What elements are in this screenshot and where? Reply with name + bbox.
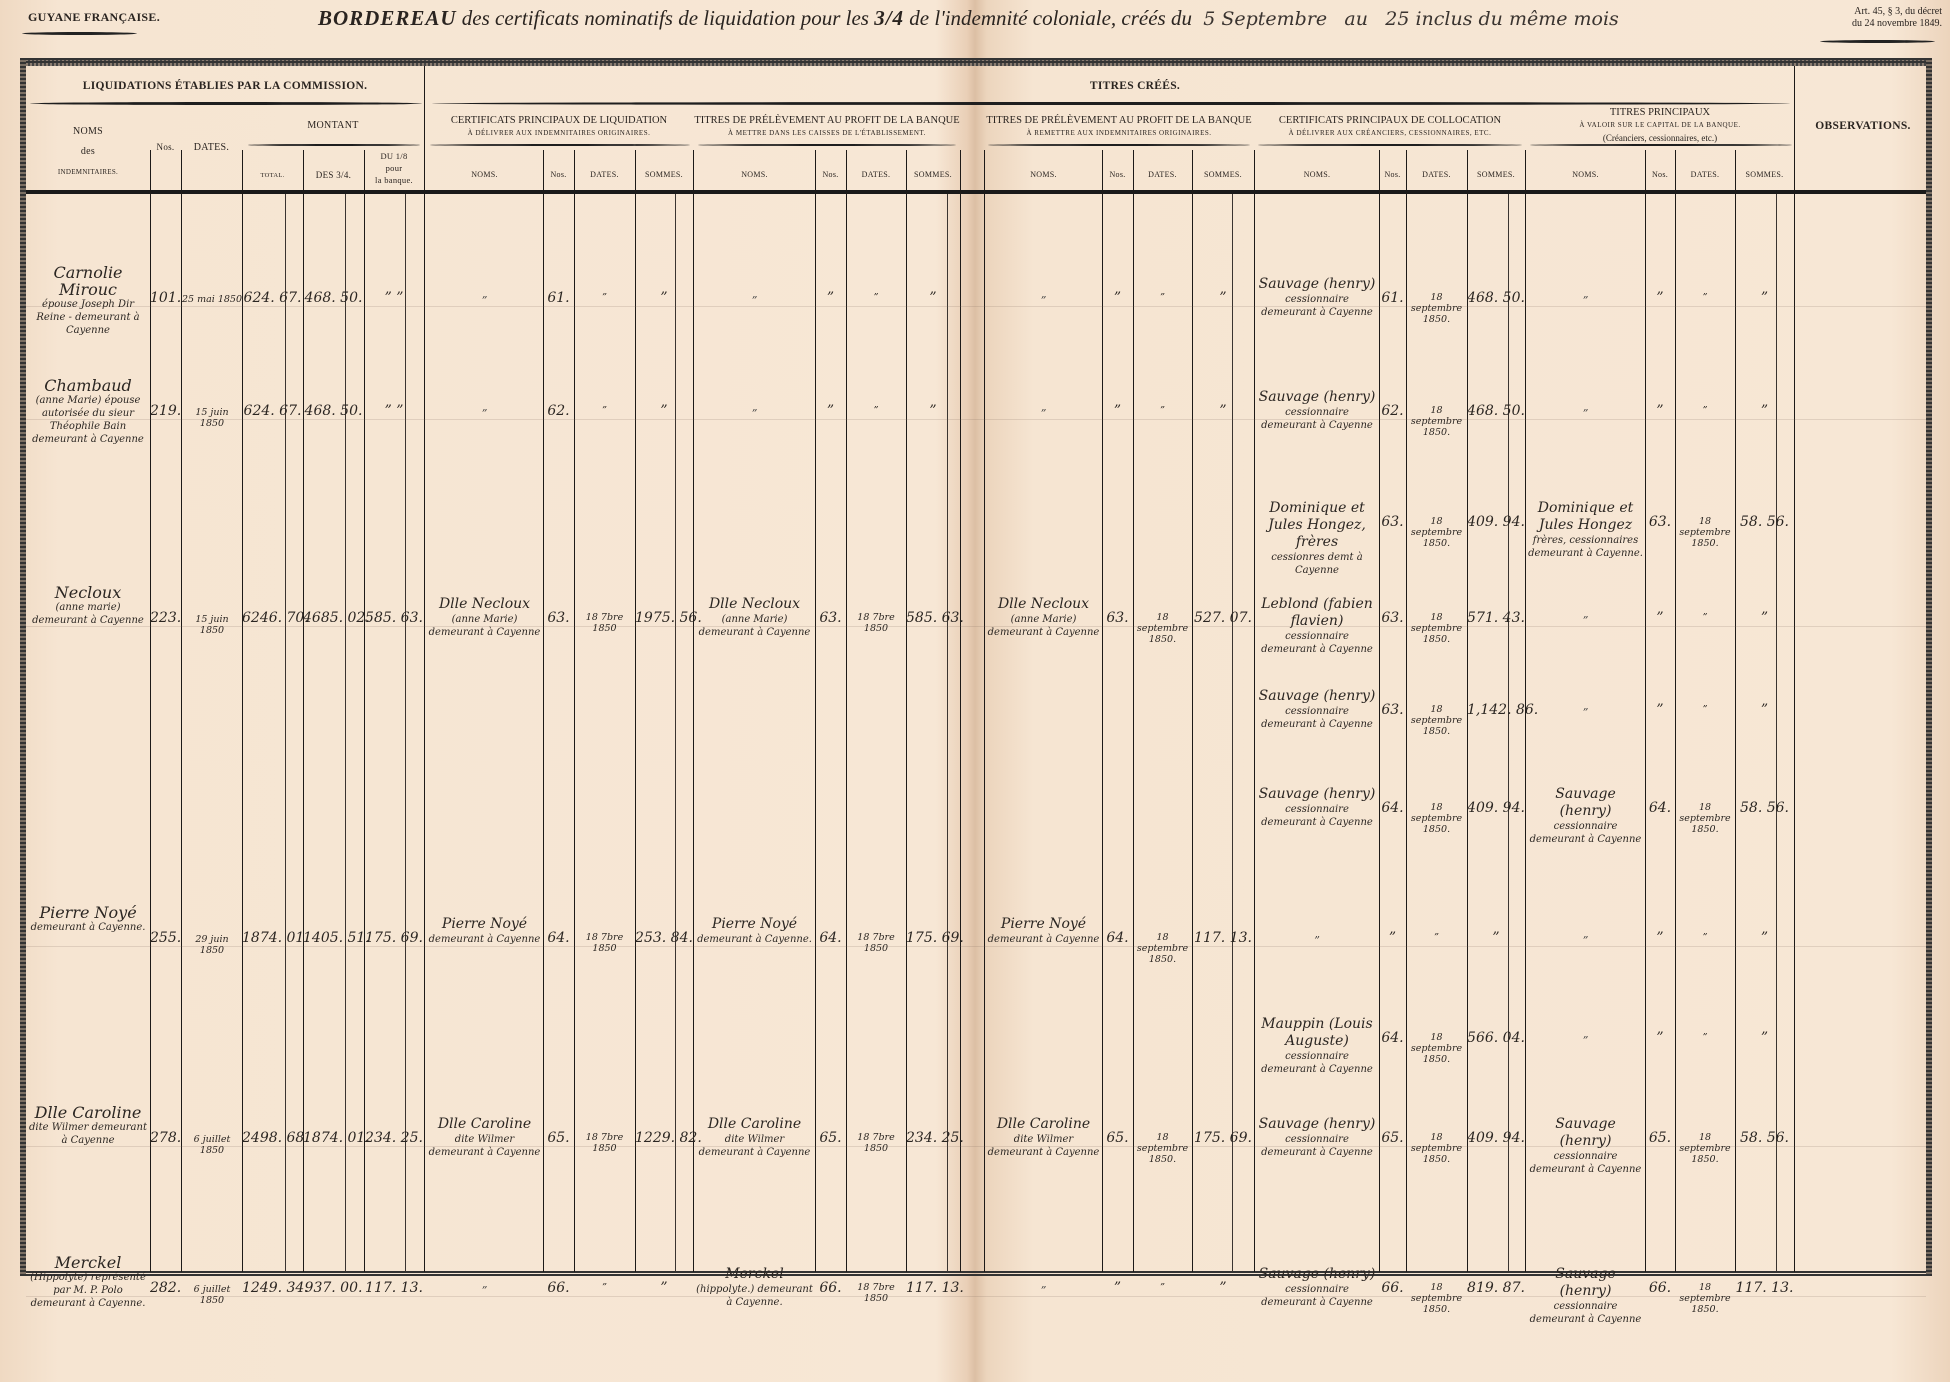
group-title: CERTIFICATS PRINCIPAUX DE COLLOCATION — [1255, 114, 1525, 127]
cp-collocation-no: 64. — [1379, 800, 1406, 816]
titres-principaux-no: 66. — [1645, 1280, 1675, 1296]
titres-principaux-nom: ” — [1526, 612, 1645, 629]
title-bold: BORDEREAU — [318, 6, 457, 30]
titres-principaux-no: ” — [1645, 702, 1675, 718]
cp-collocation-nom: Leblond (fabien flavien)cessionnaire dem… — [1257, 596, 1377, 656]
tp-banque-remettre-nom: Dlle Carolinedite Wilmer demeurant à Cay… — [987, 1116, 1100, 1159]
col-numero: Nos. — [150, 142, 181, 152]
group-title: TITRES PRINCIPAUX — [1526, 106, 1794, 119]
name-primary: Sauvage (henry) — [1257, 688, 1377, 705]
group-tp-banque-remettre: TITRES DE PRÉLÈVEMENT AU PROFIT DE LA BA… — [984, 114, 1254, 140]
cp-liquidation-somme: 1975. 56. — [635, 610, 693, 626]
decree-line-2: du 24 novembre 1849. — [1812, 18, 1942, 30]
liquidation-date: 6 juillet 1850 — [182, 1284, 242, 1306]
cents-rule — [1508, 194, 1509, 1272]
titres-principaux-somme: 58. 56. — [1735, 800, 1794, 816]
tp-banque-remettre-somme: ” — [1192, 403, 1254, 419]
cp-collocation-date: 18 septembre 1850. — [1406, 1282, 1467, 1315]
titres-principaux-somme: ” — [1735, 1030, 1794, 1046]
cp-collocation-date: 18 septembre 1850. — [1406, 704, 1467, 737]
name-detail: cessionnaire demeurant à Cayenne — [1528, 820, 1643, 846]
montant-total: 2498. 68. — [242, 1130, 303, 1146]
tp-banque-mettre-no: 63. — [815, 610, 846, 626]
name-primary: Dominique et Jules Hongez, frères — [1257, 500, 1377, 551]
tp-banque-mettre-somme: ” — [906, 403, 960, 419]
cp-collocation-date: 18 septembre 1850. — [1406, 1132, 1467, 1165]
cp-liquidation-date: ” — [574, 405, 635, 416]
noms-line-1: NOMS — [26, 122, 150, 142]
cp-liquidation-date: 18 7bre 1850 — [574, 1132, 635, 1154]
group-subtitle: À VALOIR SUR LE CAPITAL DE LA BANQUE. — [1526, 119, 1794, 132]
titres-principaux-somme: 58. 56. — [1735, 1130, 1794, 1146]
tp-banque-remettre-nom: ” — [985, 1282, 1102, 1299]
name-primary: Merckel — [696, 1266, 813, 1283]
liquidation-number: 101. — [150, 290, 181, 306]
subcol-noms: NOMS. — [1526, 170, 1645, 179]
name-primary: Sauvage (henry) — [1257, 1116, 1377, 1133]
cp-liquidation-nom: Pierre Noyédemeurant à Cayenne — [428, 916, 541, 946]
montant-total: 624. 67. — [242, 290, 303, 306]
header-rule — [26, 190, 1926, 194]
indemnitaire-detail: demeurant à Cayenne. — [28, 921, 148, 934]
indemnitaire-primary: Merckel — [28, 1254, 148, 1271]
subcol-sommes: SOMMES. — [906, 170, 960, 179]
titres-principaux-nom: ” — [1526, 1032, 1645, 1049]
montant-des-3-4: 468. 50. — [303, 403, 364, 419]
column-rule — [543, 150, 544, 1272]
cp-collocation-somme: 566. 04. — [1467, 1030, 1525, 1046]
titres-principaux-date: ” — [1675, 405, 1735, 416]
name-detail: cessionnaire demeurant à Cayenne — [1257, 406, 1377, 432]
group-cp-collocation: CERTIFICATS PRINCIPAUX DE COLLOCATION À … — [1255, 114, 1525, 140]
group-titres-principaux: TITRES PRINCIPAUX À VALOIR SUR LE CAPITA… — [1526, 106, 1794, 145]
handwritten-end-date: 25 inclus du même mois — [1385, 8, 1619, 30]
cp-collocation-somme: ” — [1467, 930, 1525, 946]
cp-collocation-date: 18 septembre 1850. — [1406, 802, 1467, 835]
group-tp-banque-mettre: TITRES DE PRÉLÈVEMENT AU PROFIT DE LA BA… — [694, 114, 960, 140]
liquidation-number: 219. — [150, 403, 181, 419]
montant-total: 624. 67. — [242, 403, 303, 419]
indemnitaire-primary: Chambaud — [28, 377, 148, 394]
name-detail: cessionres demt à Cayenne — [1257, 551, 1377, 577]
name-detail: cessionnaire demeurant à Cayenne — [1257, 803, 1377, 829]
subcol-dates: DATES. — [1133, 170, 1192, 179]
name-detail: cessionnaire demeurant à Cayenne — [1528, 1300, 1643, 1326]
column-rule — [242, 150, 243, 1272]
left-border — [20, 58, 26, 1276]
title-text: des certificats nominatifs de liquidatio… — [462, 6, 869, 30]
column-rule — [181, 150, 182, 1272]
titres-principaux-no: 63. — [1645, 514, 1675, 530]
liquidation-number: 255. — [150, 930, 181, 946]
tp-banque-mettre-no: 65. — [815, 1130, 846, 1146]
cents-rule — [285, 194, 286, 1272]
cp-collocation-nom: ” — [1255, 932, 1379, 949]
col-total: TOTAL. — [242, 172, 303, 179]
name-primary: Dlle Necloux — [696, 596, 813, 613]
column-rule — [960, 150, 961, 1272]
titres-principaux-nom: ” — [1526, 292, 1645, 309]
column-rule — [1133, 150, 1134, 1272]
cp-collocation-nom: Mauppin (Louis Auguste)cessionnaire deme… — [1257, 1016, 1377, 1076]
noms-line-3: INDEMNITAIRES. — [26, 162, 150, 182]
cents-rule — [1776, 194, 1777, 1272]
tp-banque-remettre-nom: Pierre Noyédemeurant à Cayenne — [987, 916, 1100, 946]
right-border — [1926, 58, 1932, 1276]
indemnitaire-name: Merckel(Hippolyte) représenté par M. P. … — [28, 1254, 148, 1310]
subcol-dates: DATES. — [1406, 170, 1467, 179]
indemnitaire-primary: Necloux — [28, 584, 148, 601]
montant-total: 6246. 70. — [242, 610, 303, 626]
titres-principaux-no: 64. — [1645, 800, 1675, 816]
tp-banque-remettre-no: 65. — [1102, 1130, 1133, 1146]
name-detail: cessionnaire demeurant à Cayenne — [1257, 1050, 1377, 1076]
col-dates: DATES. — [181, 142, 242, 153]
titres-principaux-date: ” — [1675, 932, 1735, 943]
subcol-noms: NOMS. — [694, 170, 815, 179]
tp-banque-mettre-nom: ” — [694, 405, 815, 422]
name-detail: cessionnaire demeurant à Cayenne — [1257, 1283, 1377, 1309]
subcol-sommes: SOMMES. — [635, 170, 693, 179]
titres-principaux-date: ” — [1675, 292, 1735, 303]
name-detail: demeurant à Cayenne — [987, 933, 1100, 946]
cp-collocation-no: 63. — [1379, 514, 1406, 530]
column-rule — [424, 150, 425, 1272]
cp-liquidation-nom: ” — [426, 292, 543, 309]
liquidation-number: 223. — [150, 610, 181, 626]
group-subtitle: À DÉLIVRER AUX INDEMNITAIRES ORIGINAIRES… — [426, 127, 692, 140]
cp-liquidation-somme: ” — [635, 290, 693, 306]
name-primary: Pierre Noyé — [987, 916, 1100, 933]
column-rule — [846, 150, 847, 1272]
cp-liquidation-date: ” — [574, 292, 635, 303]
cp-collocation-somme: 571. 43. — [1467, 610, 1525, 626]
cents-rule — [675, 194, 676, 1272]
group-brace — [988, 144, 1250, 146]
subcol-nos: Nos. — [1102, 170, 1133, 179]
column-rule — [1794, 150, 1795, 1272]
tp-banque-mettre-somme: 234. 25. — [906, 1130, 960, 1146]
indemnitaire-primary: Dlle Caroline — [28, 1104, 148, 1121]
tp-banque-remettre-no: 64. — [1102, 930, 1133, 946]
tp-banque-remettre-date: 18 septembre 1850. — [1133, 612, 1192, 645]
cp-liquidation-somme: ” — [635, 403, 693, 419]
group-brace — [430, 144, 690, 146]
name-primary: Sauvage (henry) — [1257, 276, 1377, 293]
subcol-noms: NOMS. — [985, 170, 1102, 179]
cp-collocation-no: 62. — [1379, 403, 1406, 419]
colony-label: GUYANE FRANÇAISE. — [28, 10, 160, 25]
cp-collocation-somme: 409. 94. — [1467, 800, 1525, 816]
titres-principaux-nom: Sauvage (henry)cessionnaire demeurant à … — [1528, 786, 1643, 846]
name-primary: Sauvage (henry) — [1528, 786, 1643, 820]
tp-banque-remettre-somme: ” — [1192, 1280, 1254, 1296]
column-rule — [1102, 150, 1103, 1272]
liquidation-date: 25 mai 1850 — [182, 294, 242, 305]
tp-banque-remettre-date: ” — [1133, 292, 1192, 303]
titres-principaux-nom: ” — [1526, 405, 1645, 422]
name-detail: cessionnaire demeurant à Cayenne — [1257, 705, 1377, 731]
name-detail: (anne Marie) demeurant à Cayenne — [696, 613, 813, 639]
subcol-sommes: SOMMES. — [1192, 170, 1254, 179]
titres-crees-brace — [432, 102, 1790, 105]
name-primary: Leblond (fabien flavien) — [1257, 596, 1377, 630]
column-rule — [635, 150, 636, 1272]
cp-collocation-date: 18 septembre 1850. — [1406, 516, 1467, 549]
title-text-2: de l'indemnité coloniale, créés du — [909, 6, 1192, 30]
titres-principaux-somme: 58. 56. — [1735, 514, 1794, 530]
tp-banque-remettre-nom: ” — [985, 405, 1102, 422]
group-title: CERTIFICATS PRINCIPAUX DE LIQUIDATION — [426, 114, 692, 127]
column-rule — [1254, 150, 1255, 1272]
cp-collocation-somme: 409. 94. — [1467, 514, 1525, 530]
titres-principaux-nom: Dominique et Jules Hongezfrères, cession… — [1528, 500, 1643, 560]
subcol-dates: DATES. — [846, 170, 906, 179]
titres-principaux-somme: ” — [1735, 610, 1794, 626]
subcol-nos: Nos. — [543, 170, 574, 179]
cp-liquidation-somme: 253. 84. — [635, 930, 693, 946]
indemnitaire-detail: (Hippolyte) représenté par M. P. Polo de… — [28, 1271, 148, 1310]
indemnitaire-detail: (anne Marie) épouse autorisée du sieur T… — [28, 394, 148, 446]
name-detail: (anne Marie) demeurant à Cayenne — [987, 613, 1100, 639]
cp-liquidation-nom: ” — [426, 405, 543, 422]
cp-collocation-somme: 409. 94. — [1467, 1130, 1525, 1146]
titres-principaux-date: 18 septembre 1850. — [1675, 1132, 1735, 1165]
group-brace — [1530, 144, 1792, 146]
column-rule — [364, 150, 365, 1272]
titres-principaux-no: ” — [1645, 290, 1675, 306]
name-primary: Sauvage (henry) — [1528, 1116, 1643, 1150]
tp-banque-remettre-somme: 117. 13. — [1192, 930, 1254, 946]
indemnitaire-primary: Pierre Noyé — [28, 904, 148, 921]
titres-principaux-nom: ” — [1526, 704, 1645, 721]
indemnitaire-detail: dite Wilmer demeurant à Cayenne — [28, 1121, 148, 1147]
titres-principaux-date: ” — [1675, 1032, 1735, 1043]
cp-collocation-somme: 1,142. 86. — [1467, 702, 1525, 718]
noms-line-2: des — [26, 142, 150, 162]
tp-banque-remettre-no: 63. — [1102, 610, 1133, 626]
tp-banque-mettre-somme: 585. 63. — [906, 610, 960, 626]
titres-principaux-no: ” — [1645, 403, 1675, 419]
col-montant: MONTANT — [242, 120, 424, 131]
cp-liquidation-no: 62. — [543, 403, 574, 419]
tp-banque-remettre-nom: Dlle Necloux(anne Marie) demeurant à Cay… — [987, 596, 1100, 639]
name-detail: cessionnaire demeurant à Cayenne — [1528, 1150, 1643, 1176]
titres-principaux-nom: Sauvage (henry)cessionnaire demeurant à … — [1528, 1116, 1643, 1176]
cp-liquidation-no: 65. — [543, 1130, 574, 1146]
tp-banque-mettre-date: 18 7bre 1850 — [846, 1132, 906, 1154]
indemnitaire-name: Necloux(anne marie) demeurant à Cayenne — [28, 584, 148, 627]
name-detail: cessionnaire demeurant à Cayenne — [1257, 630, 1377, 656]
tp-banque-remettre-no: ” — [1102, 290, 1133, 306]
subcol-nos: Nos. — [815, 170, 846, 179]
cp-collocation-date: ” — [1406, 932, 1467, 943]
cp-collocation-nom: Sauvage (henry)cessionnaire demeurant à … — [1257, 389, 1377, 432]
cp-collocation-no: 63. — [1379, 610, 1406, 626]
name-primary: Dlle Necloux — [987, 596, 1100, 613]
liquidation-date: 15 juin 1850 — [182, 614, 242, 636]
montant-des-3-4: 1874. 01. — [303, 1130, 364, 1146]
name-detail: demeurant à Cayenne — [428, 933, 541, 946]
subcol-dates: DATES. — [1675, 170, 1735, 179]
montant-des-3-4: 4685. 02. — [303, 610, 364, 626]
montant-du-1-8: 175. 69. — [364, 930, 424, 946]
decree-reference: Art. 45, § 3, du décret du 24 novembre 1… — [1812, 6, 1942, 30]
name-primary: Pierre Noyé — [696, 916, 813, 933]
name-primary: Dlle Caroline — [987, 1116, 1100, 1133]
tp-banque-remettre-somme: 175. 69. — [1192, 1130, 1254, 1146]
indemnitaire-name: Carnolie Miroucépouse Joseph Dir Reine -… — [28, 264, 148, 337]
header-swash — [22, 32, 137, 35]
cp-collocation-nom: Dominique et Jules Hongez, frèrescession… — [1257, 500, 1377, 577]
tp-banque-mettre-no: ” — [815, 290, 846, 306]
cp-collocation-no: 61. — [1379, 290, 1406, 306]
cp-liquidation-no: 61. — [543, 290, 574, 306]
column-rule — [303, 150, 304, 1272]
subcol-dates: DATES. — [574, 170, 635, 179]
titres-principaux-date: 18 septembre 1850. — [1675, 1282, 1735, 1315]
titres-principaux-somme: ” — [1735, 290, 1794, 306]
liquidation-number: 278. — [150, 1130, 181, 1146]
group-subtitle: À REMETTRE AUX INDEMNITAIRES ORIGINAIRES… — [984, 127, 1254, 140]
cp-liquidation-date: 18 7bre 1850 — [574, 612, 635, 634]
name-primary: Dlle Caroline — [428, 1116, 541, 1133]
subcol-sommes: SOMMES. — [1467, 170, 1525, 179]
group-title: TITRES DE PRÉLÈVEMENT AU PROFIT DE LA BA… — [694, 114, 960, 127]
indemnitaire-primary: Carnolie Mirouc — [28, 264, 148, 298]
tp-banque-remettre-date: 18 septembre 1850. — [1133, 1132, 1192, 1165]
cents-rule — [1232, 194, 1233, 1272]
name-detail: cessionnaire demeurant à Cayenne — [1257, 293, 1377, 319]
cp-liquidation-no: 63. — [543, 610, 574, 626]
montant-du-1-8: ” ” — [364, 290, 424, 306]
cp-collocation-somme: 819. 87. — [1467, 1280, 1525, 1296]
tp-banque-remettre-date: ” — [1133, 1282, 1192, 1293]
titres-principaux-somme: ” — [1735, 930, 1794, 946]
cp-liquidation-nom: Dlle Necloux(anne Marie) demeurant à Cay… — [428, 596, 541, 639]
column-rule — [693, 150, 694, 1272]
indemnitaire-name: Chambaud(anne Marie) épouse autorisée du… — [28, 377, 148, 446]
group-subtitle: À DÉLIVRER AUX CRÉANCIERS, CESSIONNAIRES… — [1255, 127, 1525, 140]
column-rule — [906, 150, 907, 1272]
cp-collocation-no: ” — [1379, 930, 1406, 946]
tp-banque-mettre-nom: Dlle Carolinedite Wilmer demeurant à Cay… — [696, 1116, 813, 1159]
montant-du-1-8: ” ” — [364, 403, 424, 419]
tp-banque-mettre-date: 18 7bre 1850 — [846, 1282, 906, 1304]
handwritten-start-date: 5 Septembre — [1203, 8, 1327, 30]
liquidation-number: 282. — [150, 1280, 181, 1296]
name-primary: Dominique et Jules Hongez — [1528, 500, 1643, 534]
group-title: TITRES DE PRÉLÈVEMENT AU PROFIT DE LA BA… — [984, 114, 1254, 127]
titres-principaux-no: 65. — [1645, 1130, 1675, 1146]
document-title: BORDEREAU des certificats nominatifs de … — [318, 6, 1625, 31]
montant-du-1-8: 117. 13. — [364, 1280, 424, 1296]
subcol-noms: NOMS. — [426, 170, 543, 179]
cp-liquidation-no: 66. — [543, 1280, 574, 1296]
column-rule — [815, 150, 816, 1272]
column-rule — [984, 150, 985, 1272]
decree-line-1: Art. 45, § 3, du décret — [1812, 6, 1942, 18]
subcol-nos: Nos. — [1379, 170, 1406, 179]
name-primary: Sauvage (henry) — [1257, 786, 1377, 803]
cp-collocation-nom: Sauvage (henry)cessionnaire demeurant à … — [1257, 786, 1377, 829]
cents-rule — [405, 194, 406, 1272]
cp-collocation-nom: Sauvage (henry)cessionnaire demeurant à … — [1257, 276, 1377, 319]
liquidation-date: 15 juin 1850 — [182, 407, 242, 429]
du-1-8-line-1: DU 1/8 — [364, 150, 424, 162]
cp-collocation-date: 18 septembre 1850. — [1406, 292, 1467, 325]
indemnitaire-name: Pierre Noyédemeurant à Cayenne. — [28, 904, 148, 934]
group-cp-liquidation: CERTIFICATS PRINCIPAUX DE LIQUIDATION À … — [426, 114, 692, 140]
tp-banque-remettre-no: ” — [1102, 1280, 1133, 1296]
subcol-sommes: SOMMES. — [1735, 170, 1794, 179]
name-primary: Sauvage (henry) — [1257, 1266, 1377, 1283]
name-detail: (hippolyte.) demeurant à Cayenne. — [696, 1283, 813, 1309]
name-primary: Sauvage (henry) — [1257, 389, 1377, 406]
name-primary: Sauvage (henry) — [1528, 1266, 1643, 1300]
liquidations-brace — [30, 102, 422, 105]
column-rule — [150, 150, 151, 1272]
tp-banque-remettre-somme: ” — [1192, 290, 1254, 306]
column-rule — [574, 150, 575, 1272]
titres-principaux-date: ” — [1675, 704, 1735, 715]
tp-banque-mettre-date: 18 7bre 1850 — [846, 612, 906, 634]
cp-liquidation-somme: 1229. 82. — [635, 1130, 693, 1146]
tp-banque-mettre-somme: ” — [906, 290, 960, 306]
titres-principaux-no: ” — [1645, 1030, 1675, 1046]
tp-banque-mettre-somme: 175. 69. — [906, 930, 960, 946]
titres-principaux-nom: ” — [1526, 932, 1645, 949]
cp-collocation-no: 64. — [1379, 1030, 1406, 1046]
column-rule — [1192, 150, 1193, 1272]
name-primary: Dlle Necloux — [428, 596, 541, 613]
cp-collocation-no: 66. — [1379, 1280, 1406, 1296]
du-1-8-line-3: la banque. — [364, 174, 424, 186]
indemnitaire-name: Dlle Carolinedite Wilmer demeurant à Cay… — [28, 1104, 148, 1147]
cp-liquidation-date: 18 7bre 1850 — [574, 932, 635, 954]
tp-banque-remettre-date: 18 septembre 1850. — [1133, 932, 1192, 965]
cp-collocation-date: 18 septembre 1850. — [1406, 612, 1467, 645]
titres-principaux-date: ” — [1675, 612, 1735, 623]
name-detail: (anne Marie) demeurant à Cayenne — [428, 613, 541, 639]
cp-liquidation-nom: ” — [426, 1282, 543, 1299]
montant-du-1-8: 585. 63. — [364, 610, 424, 626]
observations-header: OBSERVATIONS. — [1796, 120, 1930, 132]
subcol-nos: Nos. — [1645, 170, 1675, 179]
tp-banque-mettre-no: 66. — [815, 1280, 846, 1296]
name-primary: Pierre Noyé — [428, 916, 541, 933]
cp-collocation-somme: 468. 50. — [1467, 403, 1525, 419]
col-noms-indemnitaires: NOMS des INDEMNITAIRES. — [26, 122, 150, 182]
cents-rule — [947, 194, 948, 1272]
name-detail: cessionnaire demeurant à Cayenne — [1257, 1133, 1377, 1159]
cp-liquidation-date: ” — [574, 1282, 635, 1293]
montant-total: 1874. 01. — [242, 930, 303, 946]
col-des-3-4: DES 3/4. — [303, 170, 364, 180]
cp-collocation-somme: 468. 50. — [1467, 290, 1525, 306]
titres-principaux-no: ” — [1645, 930, 1675, 946]
tp-banque-mettre-date: 18 7bre 1850 — [846, 932, 906, 954]
tp-banque-mettre-no: ” — [815, 403, 846, 419]
cp-collocation-date: 18 septembre 1850. — [1406, 1032, 1467, 1065]
tp-banque-remettre-no: ” — [1102, 403, 1133, 419]
montant-des-3-4: 937. 00. — [303, 1280, 364, 1296]
name-detail: demeurant à Cayenne. — [696, 933, 813, 946]
indemnitaire-detail: (anne marie) demeurant à Cayenne — [28, 601, 148, 627]
decree-swash — [1820, 40, 1935, 43]
titres-principaux-date: 18 septembre 1850. — [1675, 516, 1735, 549]
liquidation-date: 6 juillet 1850 — [182, 1134, 242, 1156]
